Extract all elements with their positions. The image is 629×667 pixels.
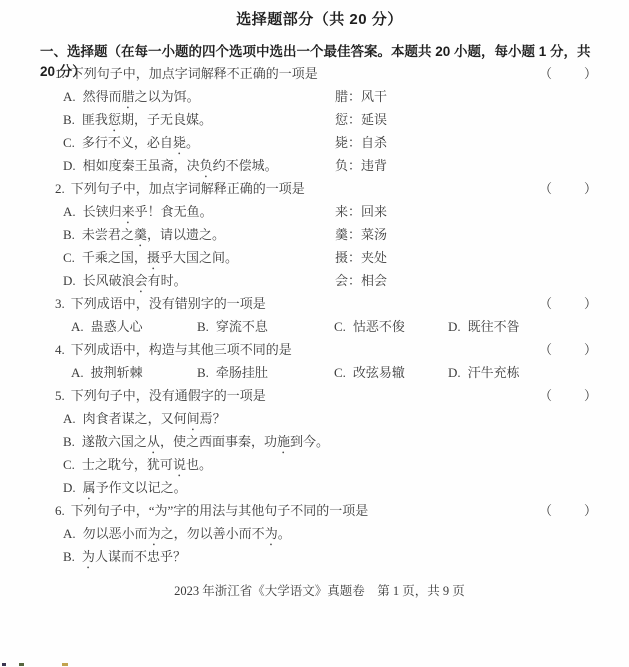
question-stem-line: 3.下列成语中，没有错别字的一项是 （ ）: [40, 292, 599, 315]
option-text: 勿以恶小而为之，勿以善小而不为。: [83, 526, 291, 541]
option-text: 长铗归来乎！食无鱼。: [83, 204, 213, 219]
option-label: A.: [63, 204, 76, 219]
option-text: 然得而腊之以为饵。: [83, 89, 200, 104]
option-label: D.: [448, 365, 461, 380]
question-number: 3.: [55, 296, 65, 311]
option-label: C.: [334, 365, 346, 380]
question-block-3: 3.下列成语中，没有错别字的一项是 （ ） A.蛊惑人心 B.穿流不息 C.怙恶…: [40, 292, 599, 338]
option-label: C.: [63, 457, 75, 472]
question-stem: 下列句子中，没有通假字的一项是: [71, 388, 266, 403]
option-label: D.: [63, 158, 76, 173]
option-text: 多行不义，必自毙。: [82, 135, 199, 150]
option-row: B.遂散六国之从，使之西面事秦，功施到今。: [40, 430, 599, 453]
option-row: B.为人谋而不忠乎？: [40, 545, 599, 568]
option-cell: A.蛊惑人心: [71, 315, 197, 338]
option-note: 来：回来: [335, 200, 387, 223]
exam-page: 选择题部分（共 20 分） 一、选择题（在每一小题的四个选项中选出一个最佳答案。…: [0, 0, 629, 667]
option-note: 负：违背: [335, 154, 387, 177]
option-cell: B.牵肠挂肚: [197, 361, 334, 384]
option-text: 既往不昝: [468, 319, 520, 334]
answer-brackets: （ ）: [539, 338, 599, 361]
answer-brackets: （ ）: [539, 292, 599, 315]
option-cell: B.穿流不息: [197, 315, 334, 338]
option-row: A.勿以恶小而为之，勿以善小而不为。: [40, 522, 599, 545]
option-note: 毙：自杀: [335, 131, 387, 154]
option-row: A.长铗归来乎！食无鱼。 来：回来: [40, 200, 599, 223]
option-row: D.属予作文以记之。: [40, 476, 599, 499]
question-block-4: 4.下列成语中，构造与其他三项不同的是 （ ） A.披荆斩棘 B.牵肠挂肚 C.…: [40, 338, 599, 384]
option-label: A.: [63, 89, 76, 104]
scan-artifact: [19, 663, 24, 666]
question-block-2: 2.下列句子中，加点字词解释正确的一项是 （ ） A.长铗归来乎！食无鱼。 来：…: [40, 177, 599, 292]
option-label: A.: [71, 365, 84, 380]
option-label: B.: [63, 434, 75, 449]
question-stem-line: 2.下列句子中，加点字词解释正确的一项是 （ ）: [40, 177, 599, 200]
option-text: 属予作文以记之。: [83, 480, 187, 495]
option-text: 怙恶不俊: [353, 319, 405, 334]
answer-brackets: （ ）: [539, 62, 599, 85]
option-note: 愆：延误: [335, 108, 387, 131]
option-row: A.然得而腊之以为饵。 腊：风干: [40, 85, 599, 108]
scan-artifact: [62, 663, 68, 666]
option-cell: D.既往不昝: [448, 315, 599, 338]
option-label: B.: [197, 365, 209, 380]
option-label: D.: [63, 480, 76, 495]
option-text: 未尝君之羹，请以遗之。: [82, 227, 225, 242]
option-label: C.: [63, 135, 75, 150]
option-row-inline: A.蛊惑人心 B.穿流不息 C.怙恶不俊 D.既往不昝: [40, 315, 599, 338]
option-text: 肉食者谋之，又何间焉？: [83, 411, 226, 426]
question-block-1: 1.下列句子中，加点字词解释不正确的一项是 （ ） A.然得而腊之以为饵。 腊：…: [40, 62, 599, 177]
question-number: 4.: [55, 342, 65, 357]
option-text: 遂散六国之从，使之西面事秦，功施到今。: [82, 434, 329, 449]
option-row: C.士之耽兮，犹可说也。: [40, 453, 599, 476]
option-text: 为人谋而不忠乎？: [82, 549, 186, 564]
answer-brackets: （ ）: [539, 177, 599, 200]
option-text: 匪我愆期，子无良媒。: [82, 112, 212, 127]
question-stem-line: 6.下列句子中，“为”字的用法与其他句子不同的一项是 （ ）: [40, 499, 599, 522]
option-cell: A.披荆斩棘: [71, 361, 197, 384]
option-text: 披荆斩棘: [91, 365, 143, 380]
option-row-inline: A.披荆斩棘 B.牵肠挂肚 C.改弦易辙 D.汗牛充栋: [40, 361, 599, 384]
question-stem: 下列成语中，没有错别字的一项是: [71, 296, 266, 311]
question-stem-line: 5.下列句子中，没有通假字的一项是 （ ）: [40, 384, 599, 407]
question-number: 6.: [55, 503, 65, 518]
question-block-6: 6.下列句子中，“为”字的用法与其他句子不同的一项是 （ ） A.勿以恶小而为之…: [40, 499, 599, 568]
option-label: B.: [63, 227, 75, 242]
page-title: 选择题部分（共 20 分）: [40, 8, 599, 32]
option-text: 穿流不息: [216, 319, 268, 334]
option-note: 会：相会: [335, 269, 387, 292]
option-row: B.未尝君之羹，请以遗之。 羹：菜汤: [40, 223, 599, 246]
option-row: C.千乘之国，摄乎大国之间。 摄：夹处: [40, 246, 599, 269]
question-number: 1.: [55, 66, 65, 81]
option-text: 牵肠挂肚: [216, 365, 268, 380]
option-text: 改弦易辙: [353, 365, 405, 380]
answer-brackets: （ ）: [539, 499, 599, 522]
option-label: A.: [71, 319, 84, 334]
question-stem: 下列句子中，加点字词解释不正确的一项是: [71, 66, 318, 81]
option-note: 摄：夹处: [335, 246, 387, 269]
option-row: D.长风破浪会有时。 会：相会: [40, 269, 599, 292]
option-cell: C.改弦易辙: [334, 361, 448, 384]
question-stem: 下列句子中，加点字词解释正确的一项是: [71, 181, 305, 196]
option-text: 士之耽兮，犹可说也。: [82, 457, 212, 472]
question-block-5: 5.下列句子中，没有通假字的一项是 （ ） A.肉食者谋之，又何间焉？ B.遂散…: [40, 384, 599, 499]
question-number: 2.: [55, 181, 65, 196]
question-stem: 下列句子中，“为”字的用法与其他句子不同的一项是: [71, 503, 369, 518]
question-stem-line: 4.下列成语中，构造与其他三项不同的是 （ ）: [40, 338, 599, 361]
answer-brackets: （ ）: [539, 384, 599, 407]
section-header: 一、选择题（在每一小题的四个选项中选出一个最佳答案。本题共 20 小题，每小题 …: [40, 42, 599, 62]
option-text: 蛊惑人心: [91, 319, 143, 334]
scan-artifact: [2, 663, 6, 666]
option-row: B.匪我愆期，子无良媒。 愆：延误: [40, 108, 599, 131]
option-row: D.相如度秦王虽斋，决负约不偿城。 负：违背: [40, 154, 599, 177]
question-stem-line: 1.下列句子中，加点字词解释不正确的一项是 （ ）: [40, 62, 599, 85]
question-number: 5.: [55, 388, 65, 403]
option-text: 相如度秦王虽斋，决负约不偿城。: [83, 158, 278, 173]
option-label: C.: [63, 250, 75, 265]
option-text: 千乘之国，摄乎大国之间。: [82, 250, 238, 265]
question-stem: 下列成语中，构造与其他三项不同的是: [71, 342, 292, 357]
option-note: 羹：菜汤: [335, 223, 387, 246]
option-label: D.: [448, 319, 461, 334]
option-label: D.: [63, 273, 76, 288]
option-text: 长风破浪会有时。: [83, 273, 187, 288]
option-label: C.: [334, 319, 346, 334]
option-cell: D.汗牛充栋: [448, 361, 599, 384]
option-note: 腊：风干: [335, 85, 387, 108]
option-label: B.: [63, 112, 75, 127]
option-label: A.: [63, 526, 76, 541]
option-label: B.: [63, 549, 75, 564]
option-row: A.肉食者谋之，又何间焉？: [40, 407, 599, 430]
option-cell: C.怙恶不俊: [334, 315, 448, 338]
option-label: A.: [63, 411, 76, 426]
page-footer: 2023 年浙江省《大学语文》真题卷 第 1 页，共 9 页: [40, 580, 599, 603]
option-label: B.: [197, 319, 209, 334]
option-text: 汗牛充栋: [468, 365, 520, 380]
option-row: C.多行不义，必自毙。 毙：自杀: [40, 131, 599, 154]
